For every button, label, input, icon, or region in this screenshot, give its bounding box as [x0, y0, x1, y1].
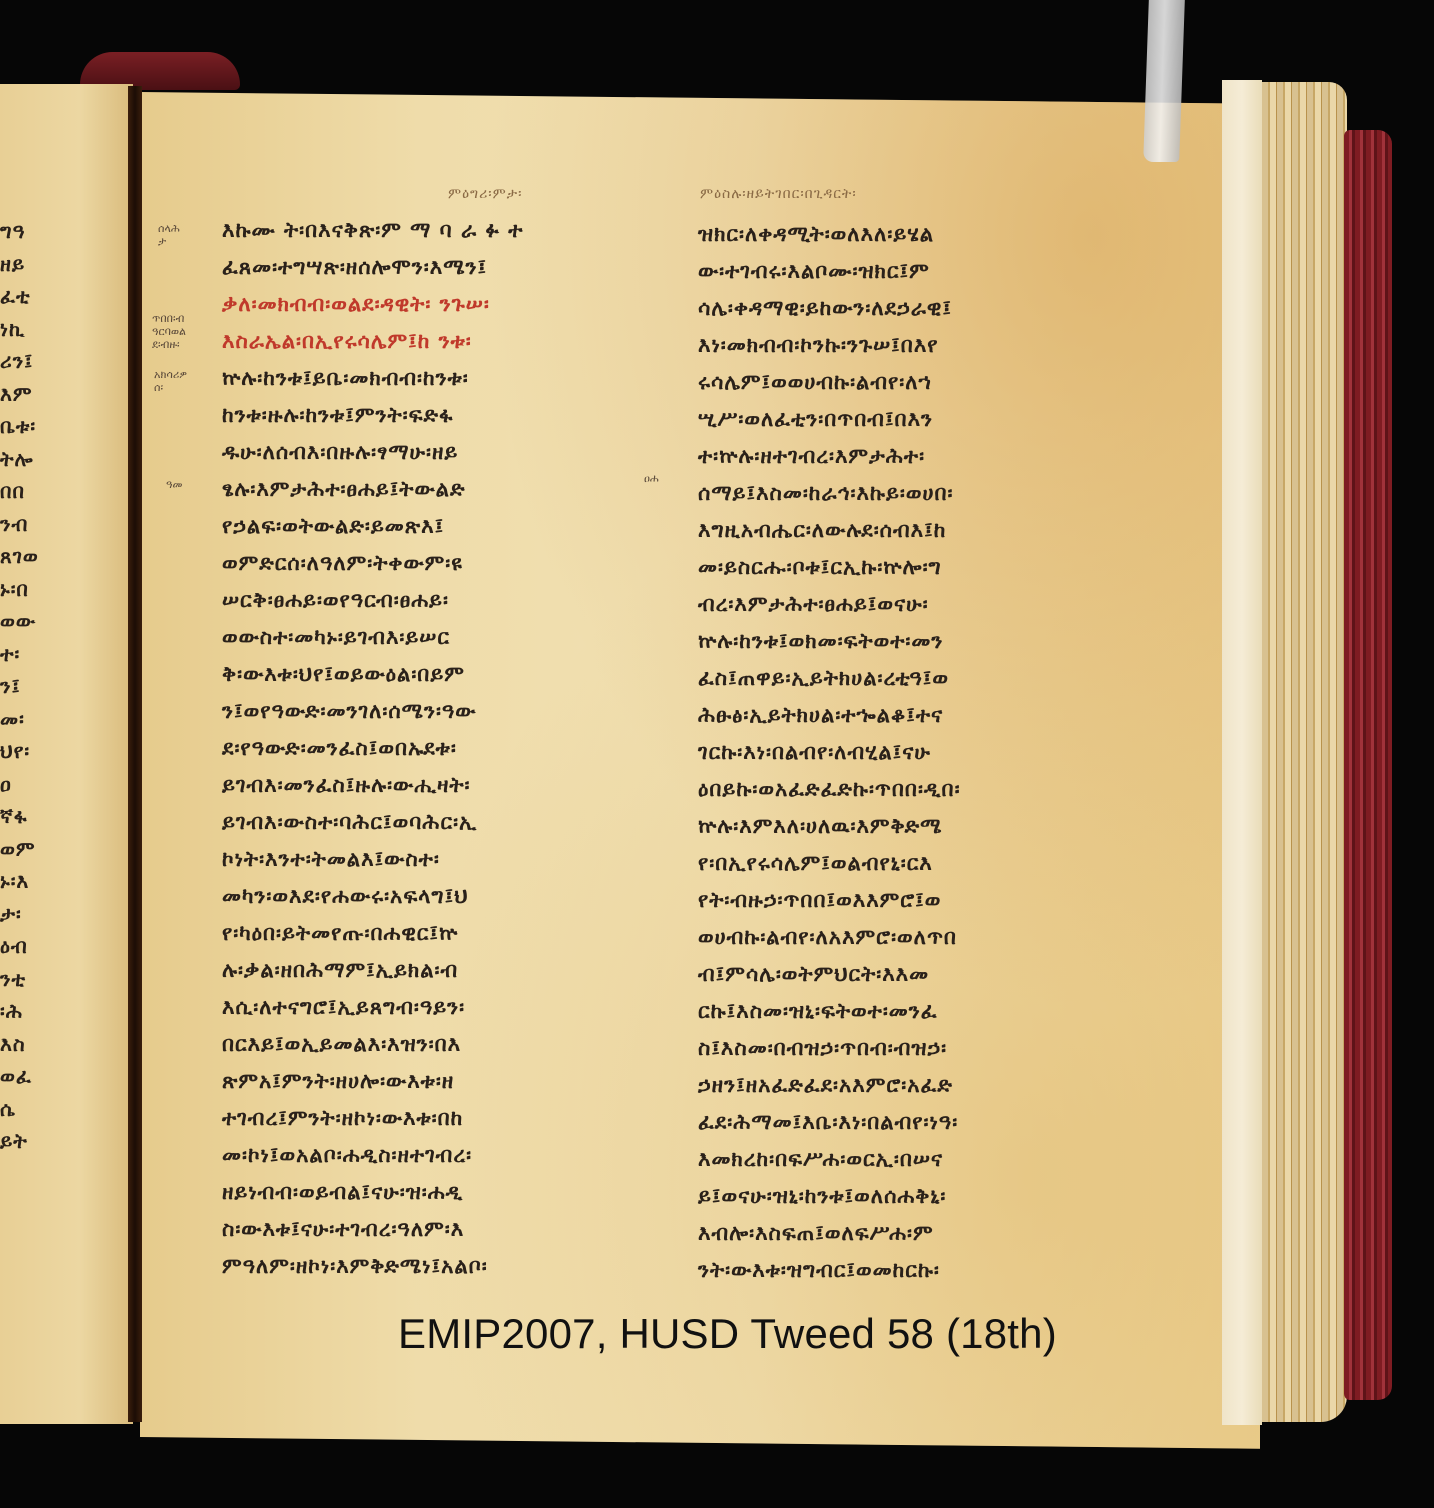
text-line: እግዚአብሔር፡ለውሉደ፡ሰብእ፤ከ — [698, 512, 961, 549]
image-caption: EMIP2007, HUSD Tweed 58 (18th) — [398, 1310, 1057, 1358]
text-fragment: ግዓ — [0, 215, 39, 248]
text-line: ተ፡ኵሉ፡ዘተገብረ፡እምታሕተ፡ — [698, 438, 961, 475]
text-fragment: ወም — [0, 833, 39, 866]
text-line: ን፤ወየዓውድ፡መንገለ፡ሰሜን፡ዓው — [222, 693, 523, 730]
text-line: እመክረከ፡በፍሥሐ፡ወርኢ፡በሠና — [698, 1141, 961, 1178]
running-head-b: ምዕስሉ፡ዘይትገበር፡በጊዳርት፡ — [700, 186, 857, 202]
book-gutter — [128, 86, 142, 1422]
text-line: የት፡ብዙኃ፡ጥበበ፤ወእእምሮ፤ወ — [698, 882, 961, 919]
page-fore-edge — [1222, 80, 1262, 1425]
text-column-a: እኩሙ ት፡በእናቅጽ፡ም ማ ባ ራ ፉ ተፈጸመ፡ተግሣጽ፡ዘሰሎሞን፡እሜ… — [222, 212, 523, 1285]
margin-note: ሰላሕ ታ — [158, 222, 180, 248]
text-line: ቅ፡ውእቱ፡ህየ፤ወይውዕል፡በይም — [222, 656, 523, 693]
text-line: ዕበይኩ፡ወአፈድፈድኩ፡ጥበበ፡ዲበ፡ — [698, 771, 961, 808]
text-line: እስራኤል፡በኢየሩሳሌም፤ከ ንቱ፡ — [222, 323, 523, 360]
text-fragment: ን፤ — [0, 670, 39, 703]
text-line: ዱሁ፡ለሰብእ፡በዙሉ፡ፃማሁ፡ዘይ — [222, 434, 523, 471]
text-column-b: ዝክር፡ለቀዳሚት፡ወለእለ፡ይሄልው፡ተገብሩ፡እልቦሙ፡ዝክር፤ምሳሌ፡ቀዳ… — [698, 216, 961, 1289]
text-line: ወሀብኩ፡ልብየ፡ለአእምሮ፡ወለጥበ — [698, 919, 961, 956]
running-head-a: ምዕግሪ፡ምታ፡ — [448, 186, 522, 202]
text-fragment: ይት — [0, 1125, 39, 1158]
text-line: ፄሉ፡እምታሕተ፡ፀሐይ፤ትውልድ — [222, 471, 523, 508]
text-fragment: ትሎ — [0, 443, 39, 476]
text-fragment: ቤቱ፡ — [0, 410, 39, 443]
text-fragment: ታ፡ — [0, 898, 39, 931]
text-fragment: ኑ፡እ — [0, 865, 39, 898]
text-line: ብረ፡እምታሕተ፡ፀሐይ፤ወናሁ፡ — [698, 586, 961, 623]
text-fragment: ጸገወ — [0, 540, 39, 573]
text-line: ደ፡የዓውድ፡መንፈስ፤ወበኡደቱ፡ — [222, 730, 523, 767]
margin-note: ዐሐ — [644, 472, 659, 485]
text-fragment: በበ — [0, 475, 39, 508]
text-line: ወውስተ፡መካኑ፡ይገብእ፡ይሠር — [222, 619, 523, 656]
text-fragment: ተ፡ — [0, 638, 39, 671]
margin-note: ዓመ — [166, 478, 182, 491]
text-line: ሠርቅ፡ፀሐይ፡ወየዓርብ፡ፀሐይ፡ — [222, 582, 523, 619]
text-line: መ፡ይስርሑ፡ቦቱ፤ርኢኩ፡ኵሎ፡ግ — [698, 549, 961, 586]
text-line: እብሎ፡እስፍጠ፤ወለፍሥሐ፡ም — [698, 1215, 961, 1252]
text-line: ሕፁፅ፡ኢይትክሀል፡ተኈልቆ፤ተና — [698, 697, 961, 734]
text-fragment: ንብ — [0, 508, 39, 541]
text-fragment: ህየ፡ — [0, 735, 39, 768]
text-fragment: እስ — [0, 1028, 39, 1061]
bookmark-strip — [1143, 0, 1185, 162]
text-line: ሰማይ፤እስመ፡ከራኅ፡እኩይ፡ወሀበ፡ — [698, 475, 961, 512]
text-fragment: ኑ፡በ — [0, 573, 39, 606]
text-fragment: ፡ሕ — [0, 995, 39, 1028]
text-line: ሉ፡ቃል፡ዘበሕማም፤ኢይክል፡ብ — [222, 952, 523, 989]
text-line: ኵሉ፡ከንቱ፤ወክመ፡ፍትወተ፡መን — [698, 623, 961, 660]
text-fragment: ኛፋ — [0, 800, 39, 833]
text-line: ስ፤እስመ፡በብዝኃ፡ጥበብ፡ብዝኃ፡ — [698, 1030, 961, 1067]
text-line: እነ፡መክብብ፡ኮንኩ፡ንጉሠ፤በእየ — [698, 327, 961, 364]
text-fragment: ዕብ — [0, 930, 39, 963]
text-fragment: እም — [0, 378, 39, 411]
text-fragment: ነኪ — [0, 313, 39, 346]
text-line: ዝክር፡ለቀዳሚት፡ወለእለ፡ይሄል — [698, 216, 961, 253]
text-fragment: ወፈ — [0, 1060, 39, 1093]
text-line: ኃዘን፤ዘአፈድፈደ፡አእምሮ፡አፈድ — [698, 1067, 961, 1104]
text-line: ፈጸመ፡ተግሣጽ፡ዘሰሎሞን፡እሜን፤ — [222, 249, 523, 286]
text-line: ኵሉ፡ከንቱ፤ይቤ፡መክብብ፡ከንቱ፡ — [222, 360, 523, 397]
text-fragment: ሴ — [0, 1093, 39, 1126]
text-line: ዘይነብብ፡ወይብል፤ናሁ፡ዝ፡ሐዲ — [222, 1174, 523, 1211]
text-fragment: ንቲ — [0, 963, 39, 996]
text-line: ሢሥ፡ወለፈቲን፡በጥበብ፤በእን — [698, 401, 961, 438]
text-line: በርእይ፤ወኢይመልእ፡እዝን፡በእ — [222, 1026, 523, 1063]
text-line: ርኩ፤እስመ፡ዝኒ፡ፍትወተ፡መንፈ — [698, 993, 961, 1030]
text-line: ቃለ፡መክብብ፡ወልደ፡ዳዊት፡ ንጉሠ፡ — [222, 286, 523, 323]
text-line: የ፡በኢየሩሳሌም፤ወልብየኒ፡ርእ — [698, 845, 961, 882]
text-line: እኩሙ ት፡በእናቅጽ፡ም ማ ባ ራ ፉ ተ — [222, 212, 523, 249]
margin-note: ጥበበ፡ብ ዓርባወል ደ፡ብዙ፡ — [152, 312, 186, 351]
text-line: ይገብእ፡ውስተ፡ባሕር፤ወባሕር፡ኢ — [222, 804, 523, 841]
text-fragment: መ፡ — [0, 703, 39, 736]
text-line: ስ፡ውእቱ፤ናሁ፡ተገብረ፡ዓለም፡እ — [222, 1211, 523, 1248]
text-line: መ፡ኮነ፤ወአልቦ፡ሐዲስ፡ዘተገብረ፡ — [222, 1137, 523, 1174]
text-line: ገርኩ፡እነ፡በልብየ፡ለብሂል፤ናሁ — [698, 734, 961, 771]
binding-cover-edge — [1344, 130, 1392, 1400]
photo-background: ግዓዘይፈቲነኪሪን፤እምቤቱ፡ትሎበበንብጸገወኑ፡በወውተ፡ን፤መ፡ህየ፡ዐ… — [0, 0, 1434, 1508]
text-line: ሩሳሌም፤ወወሀብኩ፡ልብየ፡ለኀ — [698, 364, 961, 401]
text-line: ከንቱ፡ዙሉ፡ከንቱ፤ምንት፡ፍድፋ — [222, 397, 523, 434]
text-line: ይገብእ፡መንፈስ፤ዙሉ፡ውሒዛት፡ — [222, 767, 523, 804]
text-line: ይ፤ወናሁ፡ዝኒ፡ከንቱ፤ወለሰሐቅኒ፡ — [698, 1178, 961, 1215]
text-line: ብ፤ምሳሌ፡ወትምህርት፡እእመ — [698, 956, 961, 993]
text-block-edge — [1262, 82, 1347, 1422]
text-line: እሲ፡ለተናግሮ፤ኢይጸግብ፡ዓይን፡ — [222, 989, 523, 1026]
text-line: የኃልፍ፡ወትውልድ፡ይመጽእ፤ — [222, 508, 523, 545]
text-line: ኵሉ፡እምእለ፡ሀለዉ፡እምቅድሜ — [698, 808, 961, 845]
text-line: ፈደ፡ሕማመ፤እቤ፡እነ፡በልብየ፡ነዓ፡ — [698, 1104, 961, 1141]
text-line: ፈስ፤ጠዋይ፡ኢይትክሀል፡ረቲዓ፤ወ — [698, 660, 961, 697]
text-line: የ፡ካዕበ፡ይትመየጡ፡በሐዊር፤ኵ — [222, 915, 523, 952]
text-fragment: ዐ — [0, 768, 39, 801]
text-line: ው፡ተገብሩ፡እልቦሙ፡ዝክር፤ም — [698, 253, 961, 290]
text-line: ንት፡ውእቱ፡ዝግብር፤ወመከርኩ፡ — [698, 1252, 961, 1289]
text-line: ተገብረ፤ምንት፡ዘኮነ፡ውእቱ፡በከ — [222, 1100, 523, 1137]
text-line: ሳሌ፡ቀዳማዊ፡ይከውን፡ለደኃራዊ፤ — [698, 290, 961, 327]
text-fragment: ወው — [0, 605, 39, 638]
text-line: ምዓለም፡ዘኮነ፡እምቅድሜነ፤አልቦ፡ — [222, 1248, 523, 1285]
text-fragment: ፈቲ — [0, 280, 39, 313]
text-fragment: ዘይ — [0, 248, 39, 281]
margin-note: አክሳሪዎ ሰ፡ — [154, 368, 187, 394]
left-page-text-fragments: ግዓዘይፈቲነኪሪን፤እምቤቱ፡ትሎበበንብጸገወኑ፡በወውተ፡ን፤መ፡ህየ፡ዐ… — [0, 215, 39, 1158]
text-fragment: ሪን፤ — [0, 345, 39, 378]
text-line: ወምድርሰ፡ለዓለም፡ትቀውም፡ዩ — [222, 545, 523, 582]
text-line: ጽምአ፤ምንት፡ዘሀሎ፡ውእቱ፡ዘ — [222, 1063, 523, 1100]
text-line: መካን፡ወእደ፡የሐውሩ፡አፍላግ፤ህ — [222, 878, 523, 915]
text-line: ኮነት፡እንተ፡ትመልእ፤ውስተ፡ — [222, 841, 523, 878]
